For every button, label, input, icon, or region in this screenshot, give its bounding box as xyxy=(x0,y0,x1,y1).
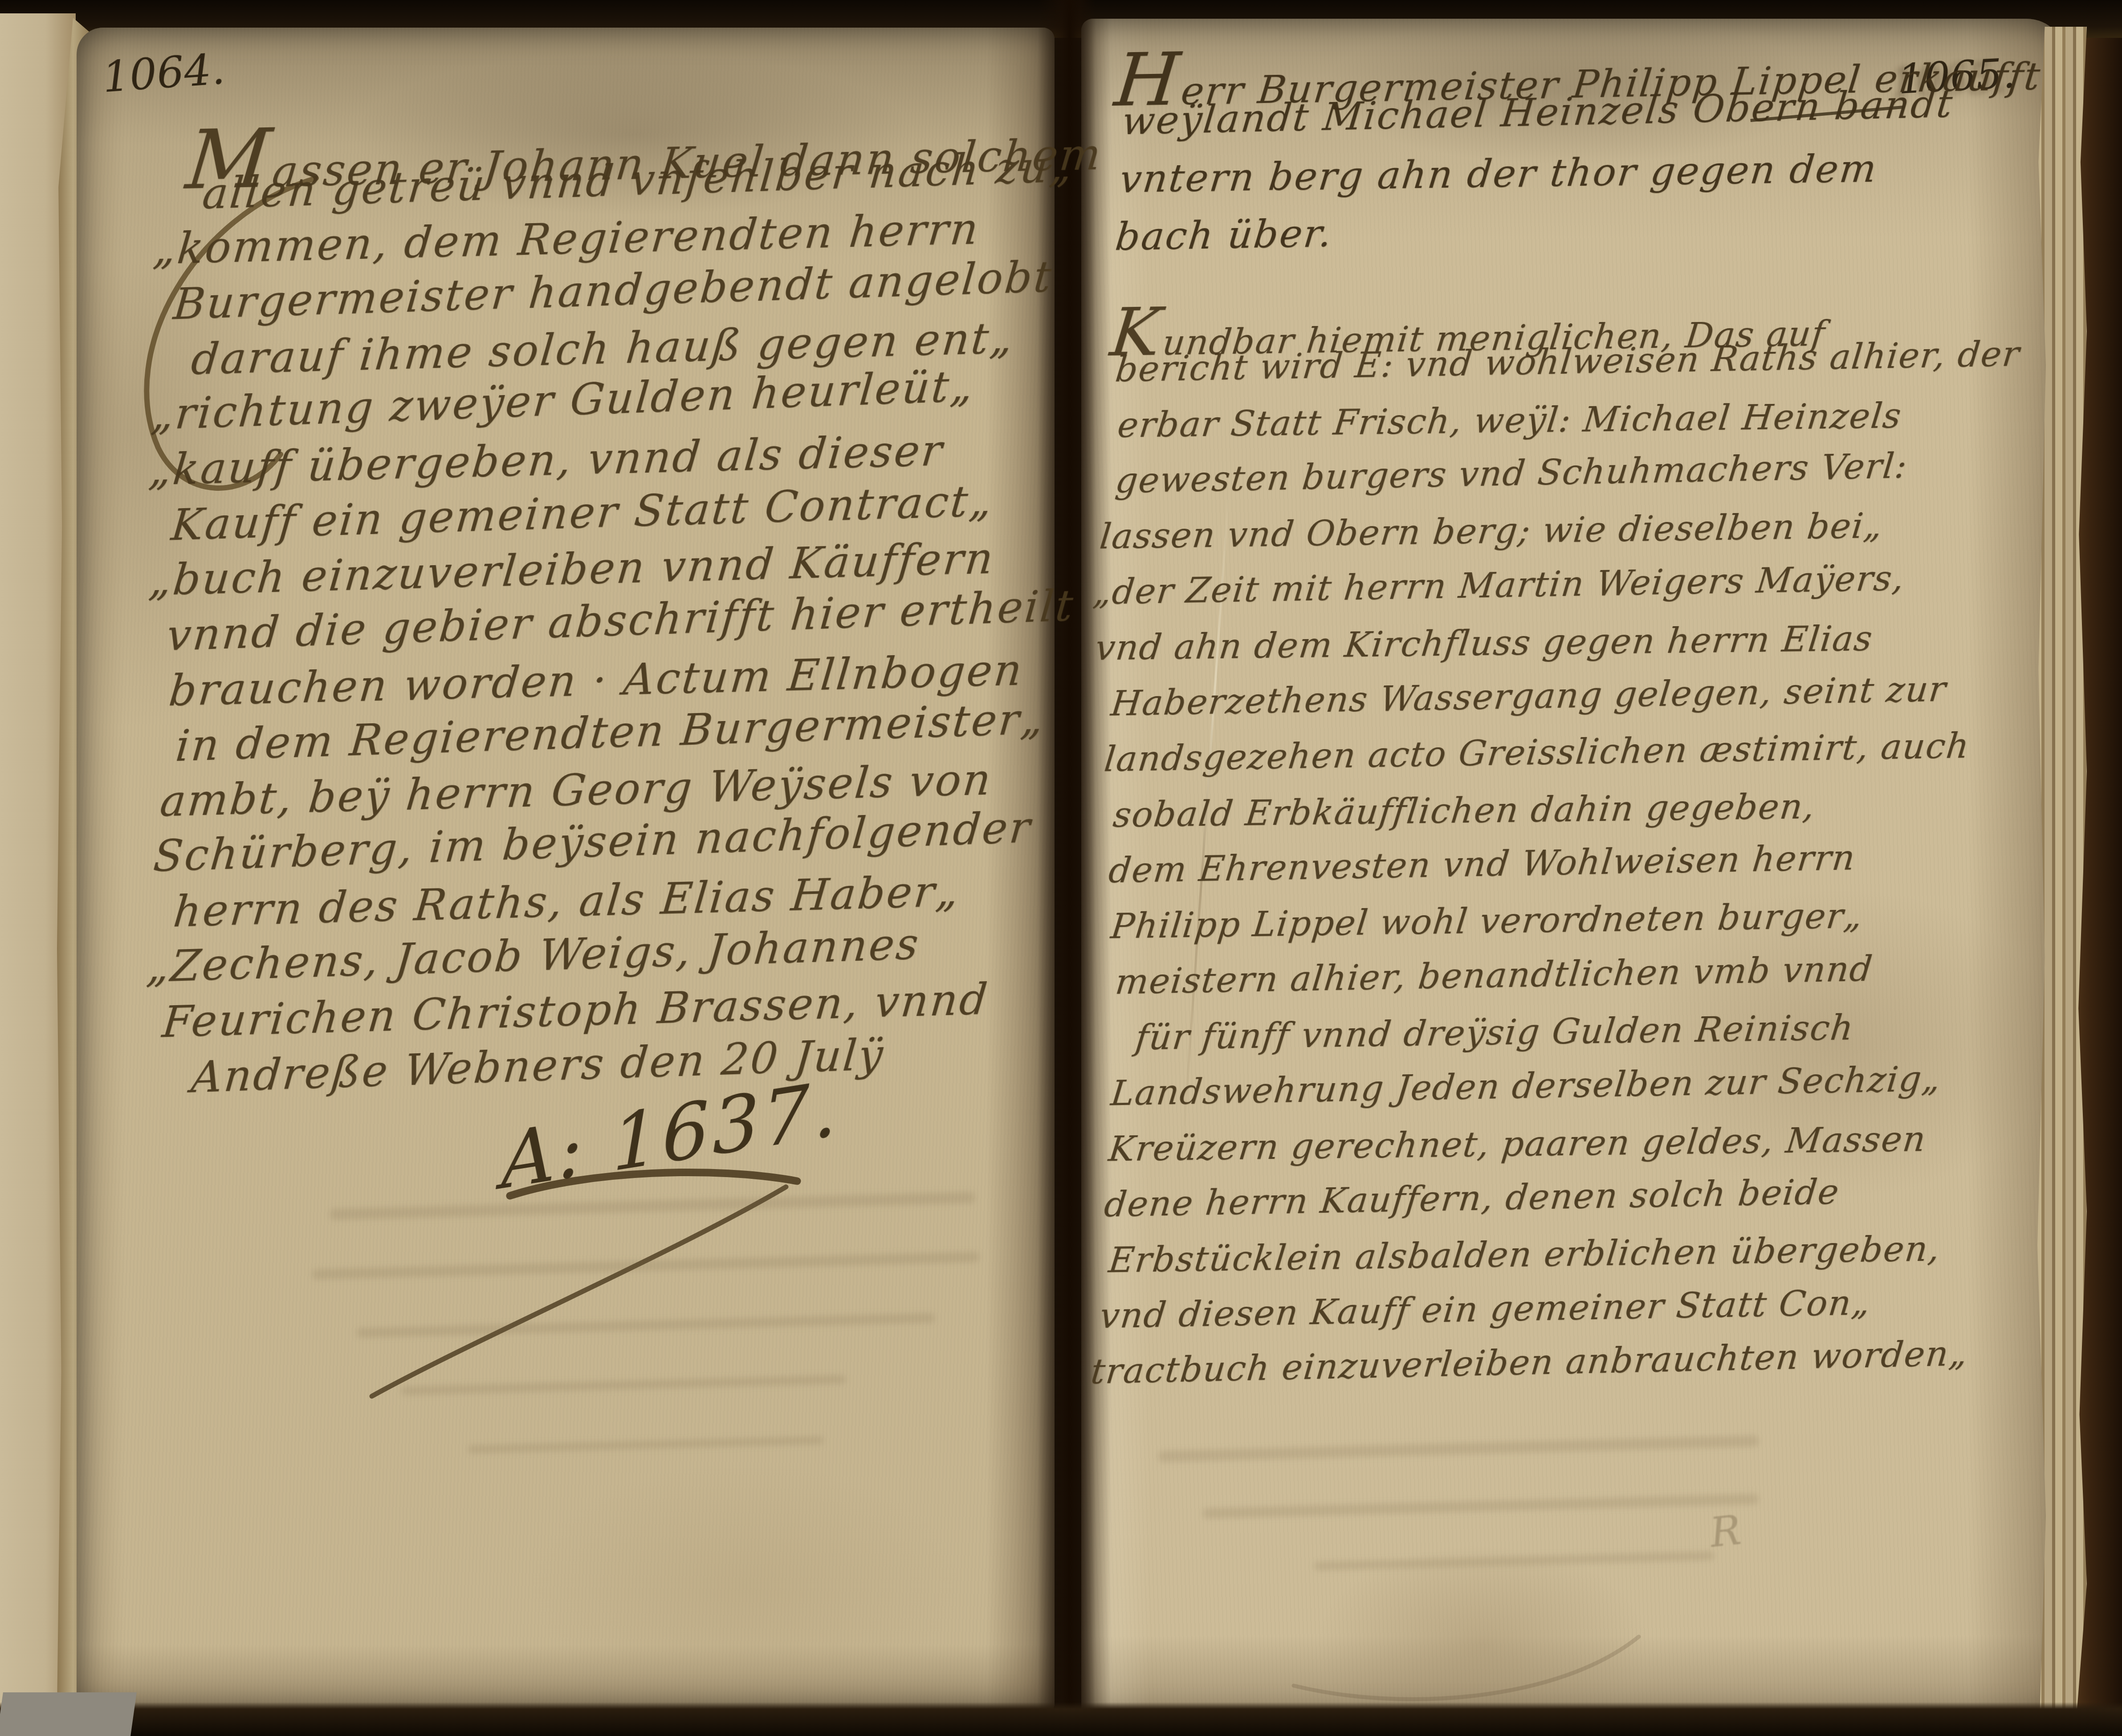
background-corner xyxy=(0,1692,137,1736)
book-spread-scan: 1064. 1065. Massen er Johann Kuel dann s… xyxy=(0,0,2122,1736)
bottom-flourish xyxy=(1269,1568,1670,1715)
book-bottom-shadow xyxy=(0,1702,2122,1736)
manuscript-header-line: bach über. xyxy=(1113,211,1335,259)
page-number-left: 1064. xyxy=(101,44,226,102)
faint-ink-mark: R xyxy=(1708,1506,1743,1557)
